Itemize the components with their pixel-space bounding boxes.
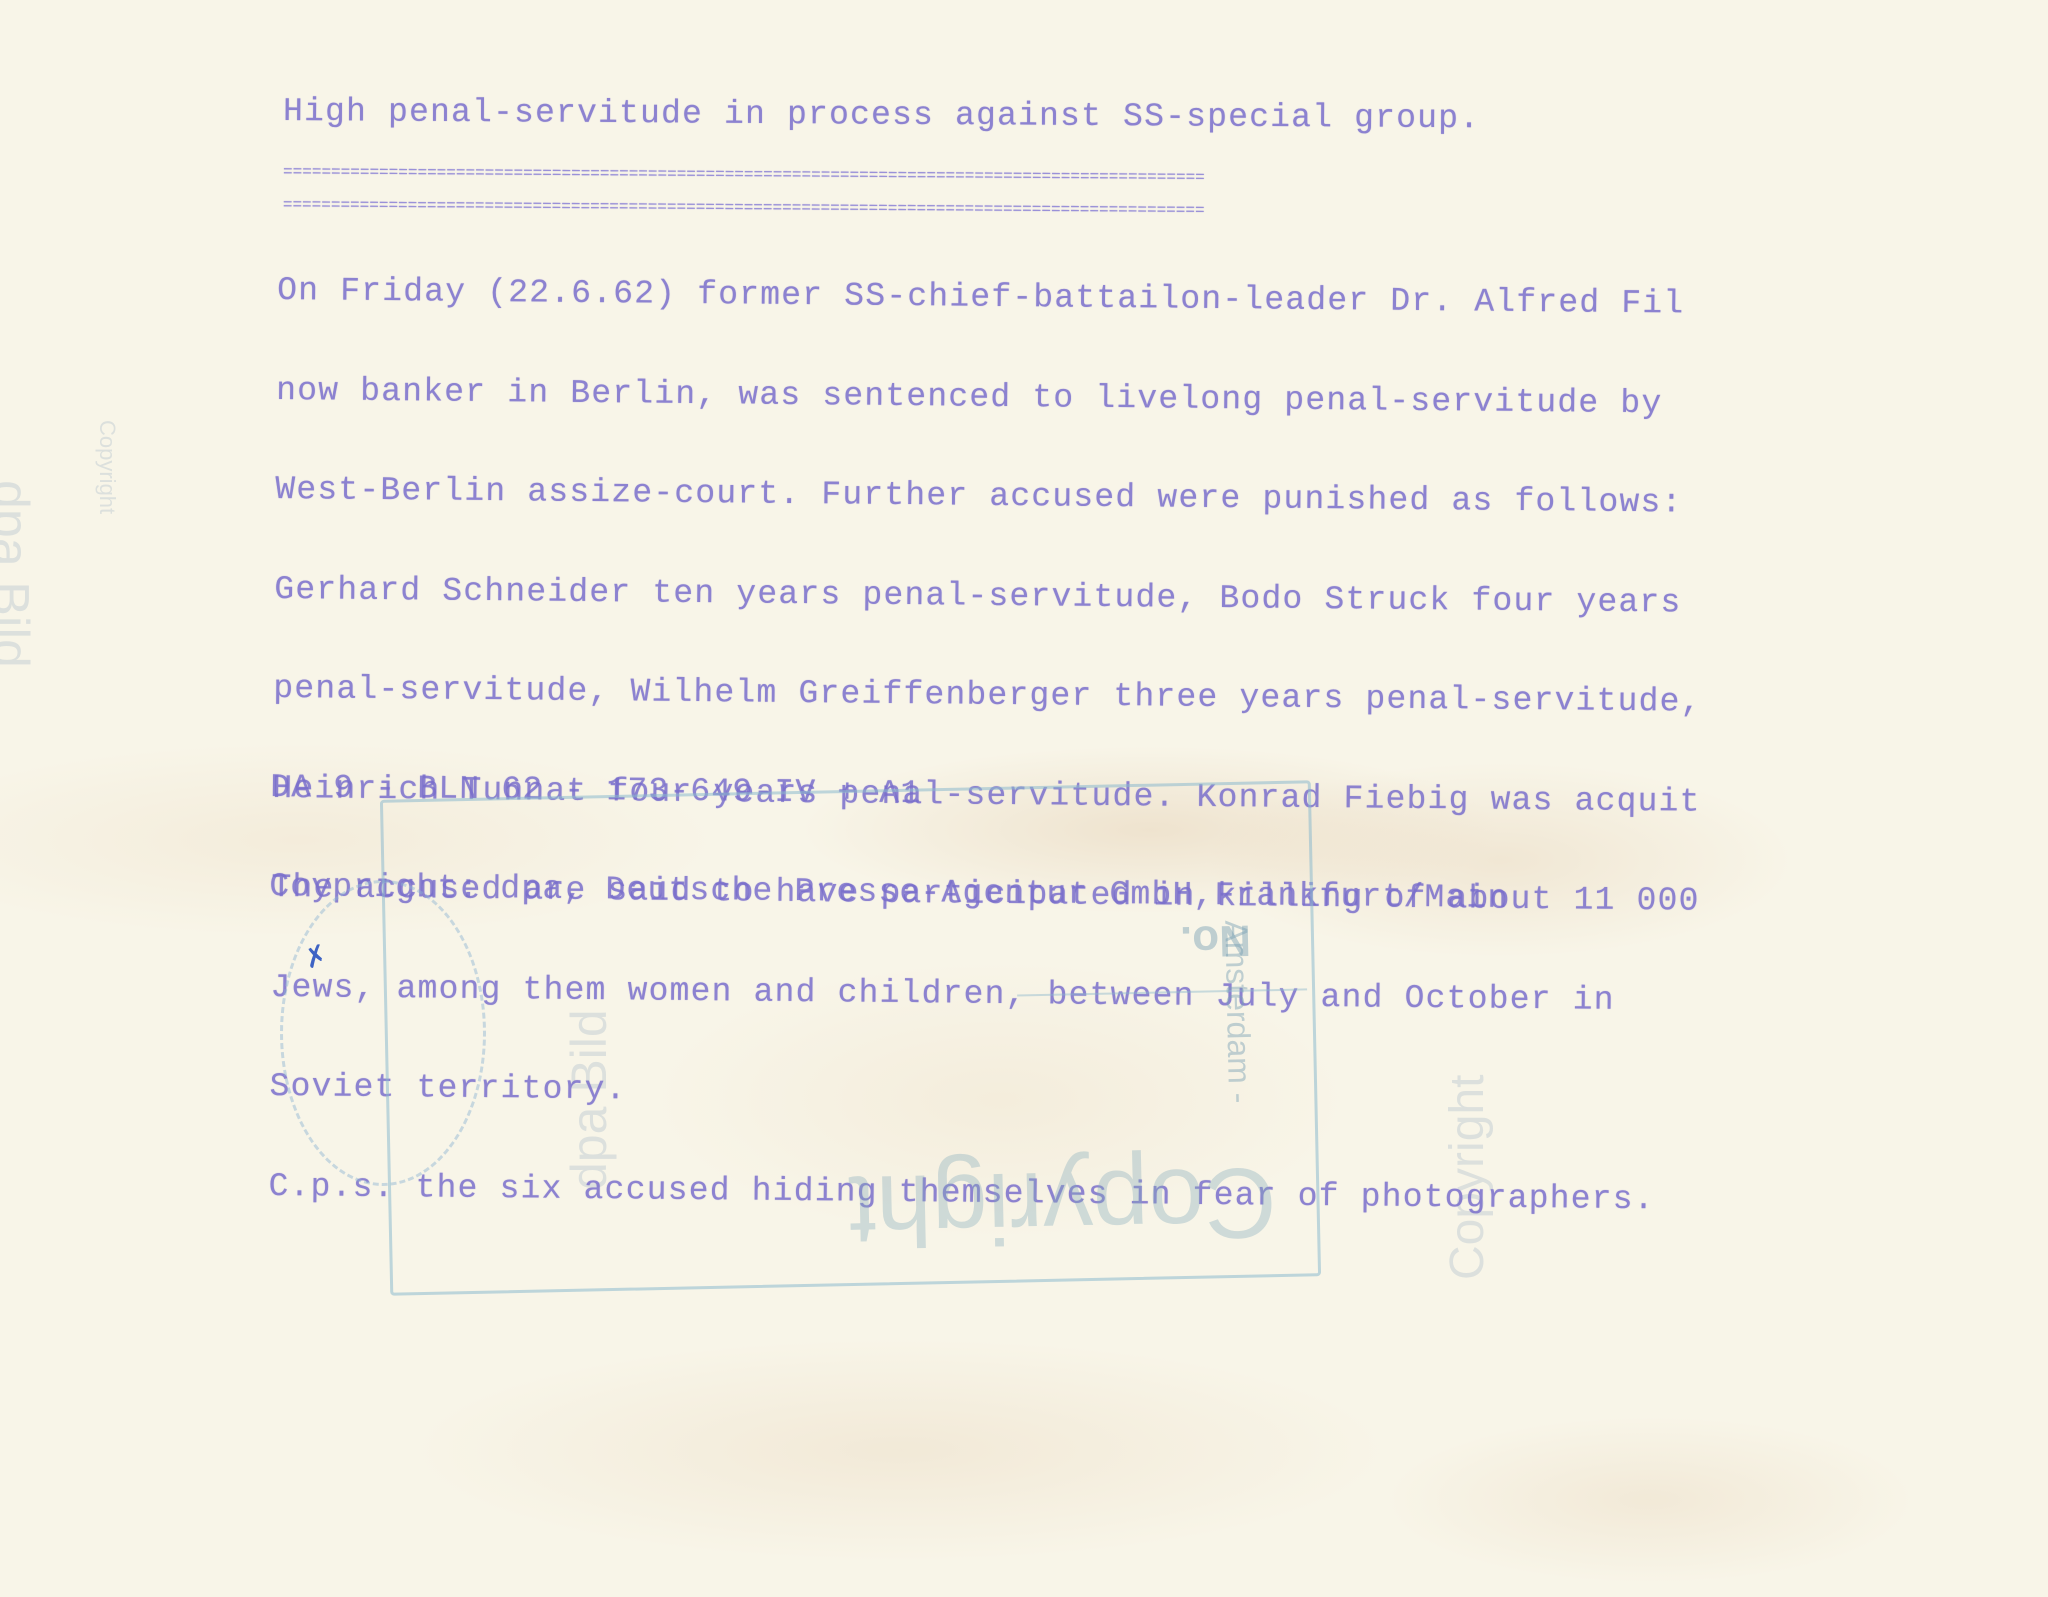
underline-row-1: ========================================… [283,167,1205,184]
stamp-copyright-label: Copyright [847,1144,1277,1268]
body-line: now banker in Berlin, was sentenced to l… [276,373,1704,420]
ghost-stamp-dpa-left: dpa Bild [0,480,40,668]
rectangular-copyright-stamp: No. Amsterdam - Copyright [380,780,1321,1295]
body-line: West-Berlin assize-court. Further accuse… [275,473,1703,520]
body-line: Gerhard Schneider ten years penal-servit… [274,572,1702,619]
stamp-city-label: Amsterdam - [1217,920,1258,1104]
ghost-stamp-copyright-left: Copyright [94,420,120,514]
caption-headline: High penal-servitude in process against … [283,95,1480,135]
body-line: On Friday (22.6.62) former SS-chief-batt… [277,274,1705,321]
stamp-divider [1017,988,1307,996]
